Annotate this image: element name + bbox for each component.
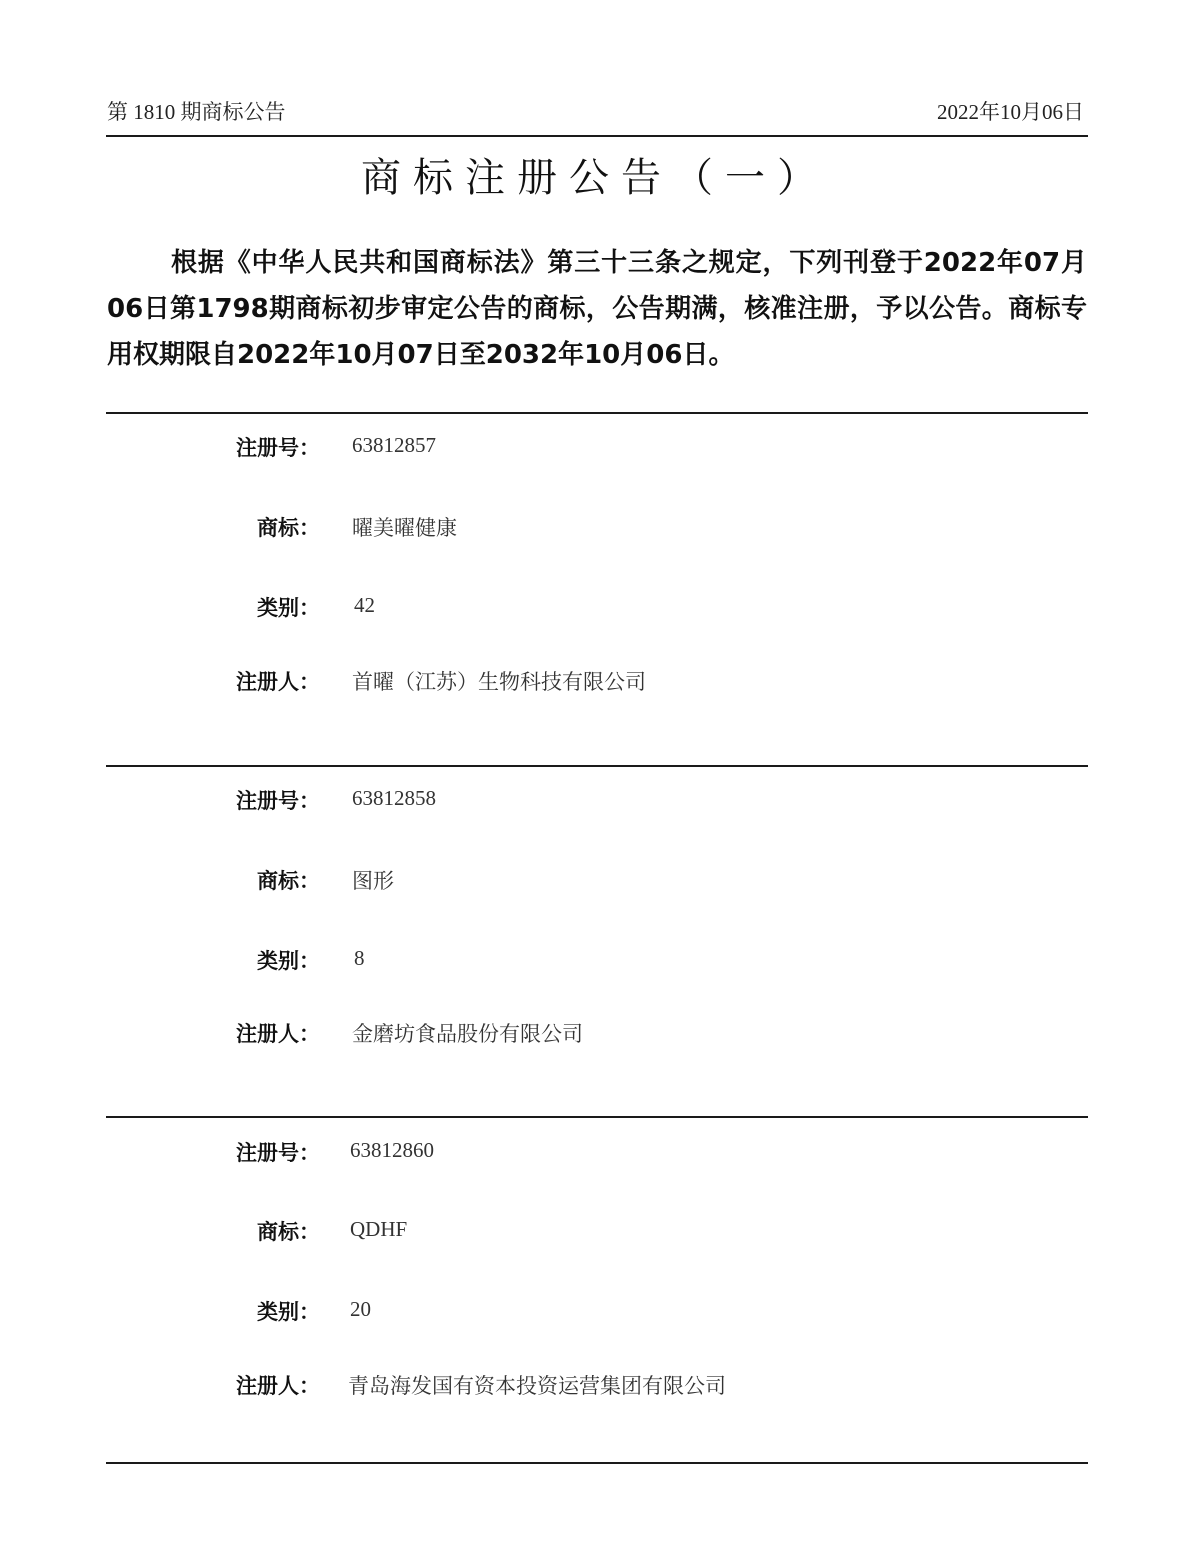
class-value: 20 (350, 1297, 371, 1322)
registrant-value: 首曜（江苏）生物科技有限公司 (352, 666, 646, 696)
reg-no-value: 63812860 (350, 1138, 434, 1163)
mark-value: QDHF (350, 1217, 407, 1242)
document-page: 第 1810 期商标公告 2022年10月06日 商标注册公告（一） 根据《中华… (0, 0, 1190, 1564)
entry-divider (106, 765, 1088, 767)
registrant-label: 注册人： (200, 666, 320, 696)
issue-number: 第 1810 期商标公告 (107, 96, 286, 126)
class-label: 类别： (200, 945, 320, 975)
page-title: 商标注册公告（一） (0, 146, 1190, 203)
registrant-value: 金磨坊食品股份有限公司 (352, 1018, 583, 1048)
class-value: 8 (354, 946, 365, 971)
mark-value: 图形 (352, 865, 394, 895)
class-label: 类别： (200, 592, 320, 622)
registrant-value: 青岛海发国有资本投资运营集团有限公司 (348, 1370, 726, 1400)
issue-date: 2022年10月06日 (937, 96, 1084, 126)
reg-no-label: 注册号： (200, 1137, 320, 1167)
footer-divider (106, 1462, 1088, 1464)
registrant-label: 注册人： (200, 1370, 320, 1400)
reg-no-label: 注册号： (200, 432, 320, 462)
reg-no-value: 63812858 (352, 786, 436, 811)
class-value: 42 (354, 593, 375, 618)
header-divider (106, 135, 1088, 137)
mark-label: 商标： (200, 865, 320, 895)
mark-label: 商标： (200, 1216, 320, 1246)
intro-paragraph: 根据《中华人民共和国商标法》第三十三条之规定，下列刊登于2022年07月06日第… (107, 240, 1087, 378)
reg-no-label: 注册号： (200, 785, 320, 815)
entry-divider (106, 1116, 1088, 1118)
registrant-label: 注册人： (200, 1018, 320, 1048)
reg-no-value: 63812857 (352, 433, 436, 458)
entry-divider (106, 412, 1088, 414)
mark-label: 商标： (200, 512, 320, 542)
mark-value: 曜美曜健康 (352, 512, 457, 542)
class-label: 类别： (200, 1296, 320, 1326)
